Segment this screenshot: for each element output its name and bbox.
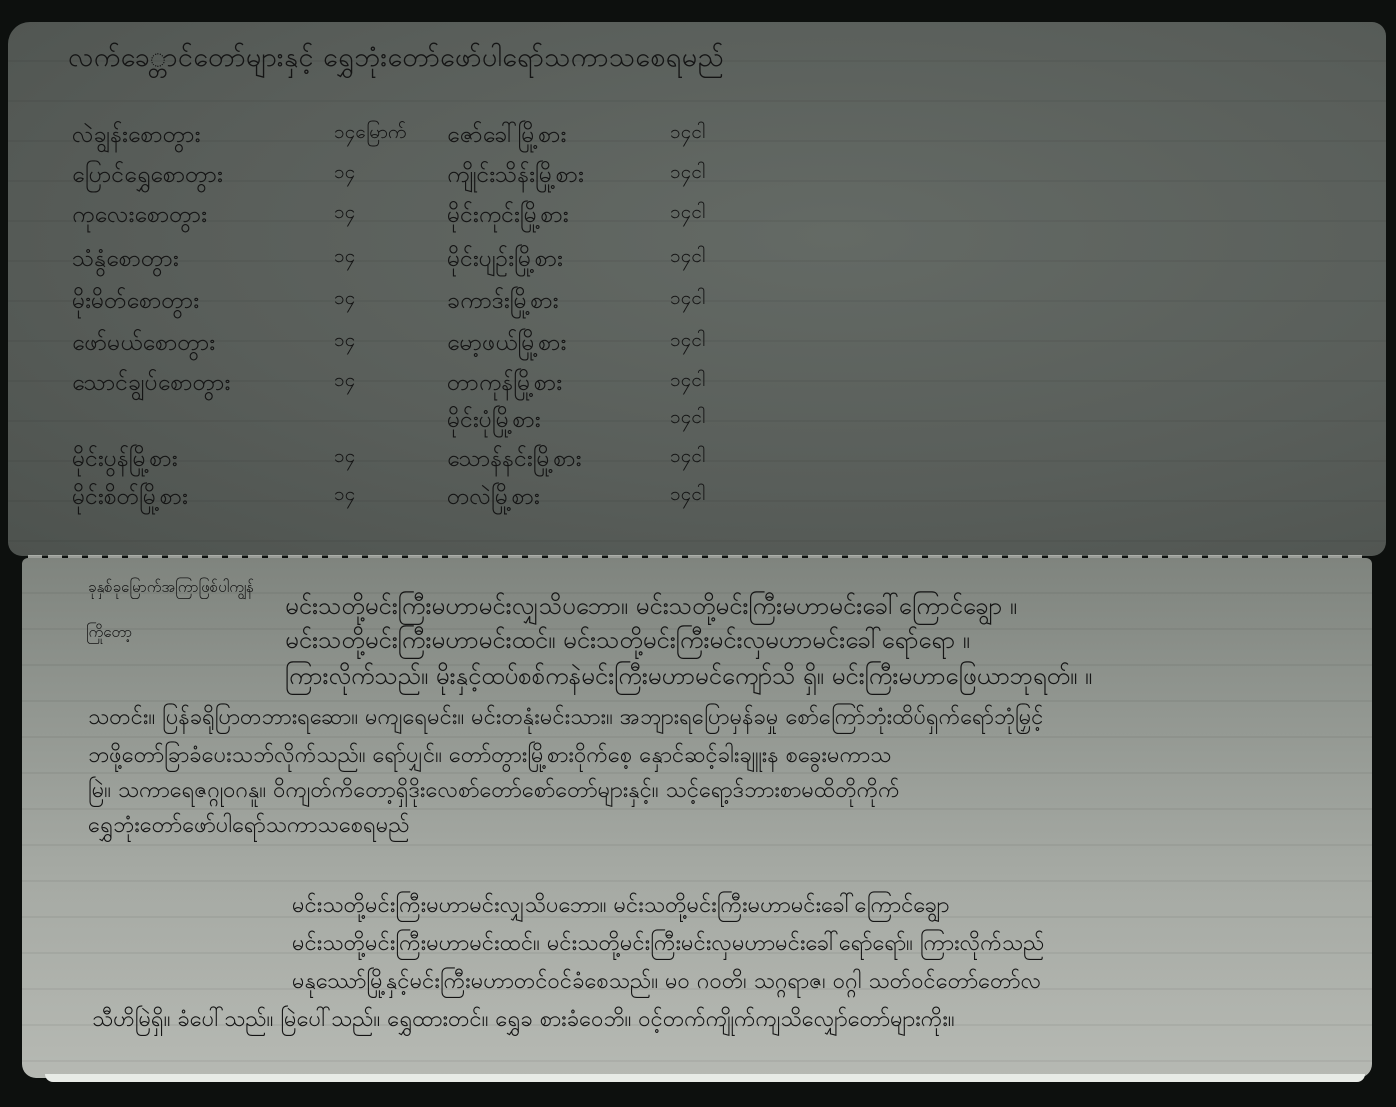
text-line: ဘဖို့တော်ခြာခံပေးသဘ်လိုက်သည်။ ရော်ပျှင်။…: [88, 740, 891, 773]
name-left: ပြောင်ရွှေစောတွား: [72, 160, 223, 194]
name-left: မိုးမိတ်စောတွား: [72, 286, 199, 320]
name-left: လဲချွန်းစောတွား: [72, 120, 200, 154]
text-line: မင်းသတို့မင်းကြီးမဟာမင်းလျှသိပဘော။ မင်းသ…: [285, 590, 1017, 626]
text-line: မင်းသတို့မင်းကြီးမဟာမင်းလျှသိပဘော။ မင်းသ…: [292, 890, 949, 923]
name-right: မိုင်းကုင်းမြို့စား: [447, 200, 569, 234]
text-line: ရွှေဘုံးတော်ဖော်ပါရော်သကာသစေရမည်: [88, 810, 410, 843]
name-right: တာကုန်မြို့စား: [447, 368, 562, 402]
count-left: ၁၄မြောက်: [334, 120, 407, 148]
name-left: သောင်ချွပ်စောတွား: [72, 368, 230, 402]
count-left: ၁၄: [334, 444, 355, 472]
name-right: သောန်နင်းမြို့စား: [447, 444, 581, 478]
count-right: ၁၄ငါ: [670, 200, 705, 228]
text-line: သတင်း။ ပြန်ခရိုပြာတဘားရဆော။ မကျရေမင်း။ မ…: [88, 702, 1044, 735]
count-right: ၁၄ငါ: [670, 444, 705, 472]
count-left: ၁၄: [334, 244, 355, 272]
upper-leaf-heading: လက်ခေ္တာင်တော်များနှင့် ရွှေဘုံးတော်ဖော်…: [68, 40, 724, 80]
count-right: ၁၄ငါ: [670, 368, 705, 396]
name-right: မိုင်းပျဉ်းမြို့စား: [447, 244, 563, 278]
text-line: သီဟိမြဲရှိ။ ခံပေါ်သည်။ မြဲပေါ်သည်။ ရွှေထ…: [92, 1004, 955, 1037]
text-line: မင်းသတို့မင်းကြီးမဟာမင်းထင်။ မင်းသတို့မင…: [292, 928, 1044, 961]
name-right: ခကာဒ်းမြို့စား: [447, 286, 559, 320]
count-left: ၁၄: [334, 200, 355, 228]
leaf-fold-seam: [28, 555, 1368, 558]
count-left: ၁၄: [334, 160, 355, 188]
name-right: မိုင်းပုံမြို့စား: [447, 405, 541, 439]
name-left: ကုလေးစောတွား: [72, 200, 207, 234]
count-right: ၁၄ငါ: [670, 405, 705, 433]
name-left: မိုင်းပွန်မြို့စား: [72, 444, 178, 478]
margin-note: ခုနှစ်ခုမြောက်အကြာဖြစ်ပါကျွန်: [88, 578, 254, 600]
name-right: တလဲမြို့စား: [447, 482, 540, 516]
count-right: ၁၄ငါ: [670, 120, 705, 148]
count-right: ၁၄ငါ: [670, 482, 705, 510]
count-left: ၁၄: [334, 328, 355, 356]
name-right: မော့ဖယ်မြို့စား: [447, 328, 566, 362]
text-line: မနုဿော်မြို့နှင့်မင်းကြီးမဟာတင်ဝင်ခံစေသည…: [292, 966, 1041, 999]
name-left: ဖော်မယ်စောတွား: [72, 328, 215, 362]
count-left: ၁၄: [334, 368, 355, 396]
count-right: ၁၄ငါ: [670, 328, 705, 356]
text-line: မင်းသတို့မင်းကြီးမဟာမင်းထင်။ မင်းသတို့မင…: [285, 624, 970, 660]
count-left: ၁၄: [334, 286, 355, 314]
count-right: ၁၄ငါ: [670, 160, 705, 188]
name-right: ဇော်ခေါ်မြို့စား: [447, 120, 566, 154]
text-line: မြဲ။ သကာရေဇဂ္ဂုဝဂနူ။ ဝိကျတ်ကိတော့ရှိဒိုး…: [88, 775, 900, 808]
count-right: ၁၄ငါ: [670, 244, 705, 272]
count-right: ၁၄ငါ: [670, 286, 705, 314]
leaf-bottom-edge: [45, 1074, 1365, 1082]
margin-note-secondary: ကြိုတော့: [86, 623, 132, 645]
name-left: မိုင်းစိတ်မြို့စား: [72, 482, 188, 516]
name-left: သံနွံစောတွား: [72, 244, 179, 278]
count-left: ၁၄: [334, 482, 355, 510]
name-right: ကျိုင်းသိန်းမြို့စား: [447, 160, 584, 194]
text-line: ကြားလိုက်သည်။ မိုးနှင့်ထပ်စစ်ကနဲမင်းကြီး…: [285, 660, 1092, 696]
